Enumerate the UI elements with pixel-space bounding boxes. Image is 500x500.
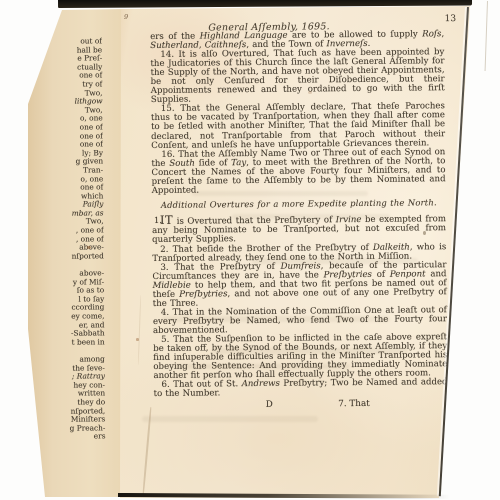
text-run: mbar, as	[72, 209, 104, 217]
text-run: , one of	[76, 235, 104, 243]
text-run: lithgow	[75, 98, 103, 106]
text-run: try of	[82, 80, 102, 88]
text-run: t been in	[72, 338, 105, 346]
page-crease	[138, 295, 142, 365]
catchword: 7. That	[338, 399, 370, 409]
signature-mark: D	[266, 400, 273, 410]
text-run: ; Rattray	[72, 372, 105, 380]
text-run: ey come,	[71, 312, 104, 320]
showthrough-smudge	[212, 348, 408, 354]
showthrough-smudge	[232, 214, 390, 219]
text-run: above-	[79, 244, 104, 252]
text-run: above-	[79, 269, 104, 277]
text-run: , one of	[76, 226, 104, 234]
page-bottom-edge-shadow	[118, 493, 450, 499]
previous-page-fragments: out ofhall bee Preſ-ctuallyone oftry ofT…	[28, 37, 106, 442]
text-run: g Preach-	[70, 424, 106, 432]
text-run: the ſeve-	[72, 364, 105, 372]
foxing-spot	[423, 231, 426, 235]
text-run: ers	[94, 433, 106, 441]
showthrough-smudge	[192, 191, 368, 196]
text-run: which	[81, 192, 103, 200]
text-run: one of	[80, 140, 103, 148]
text-run: y of Miſ-	[73, 278, 104, 286]
foxing-spot	[136, 338, 139, 341]
text-run: Miniſters	[71, 415, 106, 423]
strip-fragment: nſported	[30, 252, 104, 261]
underlying-page-edge	[485, 1, 489, 71]
running-header-title: General Aſſembly, 1695.	[208, 21, 330, 33]
text-run: one of	[80, 183, 103, 191]
text-run: o, one	[80, 115, 103, 123]
paragraph: 16. That the Aſſembly Name Two or Three …	[151, 148, 445, 196]
text-run: out of	[80, 37, 102, 45]
text-run: nſported,	[71, 407, 106, 415]
foxing-spot	[87, 246, 91, 249]
showthrough-smudge	[252, 258, 418, 264]
text-run: o, one	[80, 175, 103, 183]
text-run: Two,	[85, 89, 103, 97]
text-run: Andrews	[242, 379, 280, 389]
text-run: 1.	[146, 216, 162, 225]
text-run: g given	[76, 158, 104, 166]
page-number: 13	[445, 14, 457, 24]
text-run: er, and	[79, 321, 105, 329]
text-run: one of	[80, 132, 103, 140]
overture-item: 6. That out of St. Andrews Preſbytry; Tw…	[154, 378, 448, 399]
text-run: Roſs	[422, 29, 441, 39]
text-run: ccording	[71, 304, 104, 312]
text-run: hall be	[77, 46, 102, 54]
scanned-book-photo: out ofhall bee Preſ-ctuallyone oftry ofT…	[0, 0, 500, 500]
text-run: 5. That the Suſpenſion to be inflicted i…	[153, 332, 447, 381]
strip-fragment: ers	[31, 433, 105, 442]
text-run: ctually	[77, 63, 102, 71]
text-run: ſo as to	[77, 287, 105, 295]
overture-item: 3. That the Preſbytry of Dumfreis, becau…	[152, 261, 446, 309]
signature-row: D 7. That	[154, 398, 448, 412]
previous-page-strip: out ofhall bee Preſ-ctuallyone oftry ofT…	[28, 9, 124, 497]
overture-item: 5. That the Suſpenſion to be inflicted i…	[153, 333, 447, 381]
showthrough-smudge	[142, 416, 318, 422]
book-page: 9 General Aſſembly, 1695. 13 ers of the …	[120, 5, 470, 498]
paragraph: 14. It is alſo Overtured, That ſuch as h…	[150, 48, 445, 105]
text-run: ,	[441, 29, 444, 39]
text-run: e Preſ-	[77, 55, 102, 63]
text-run: 14. It is alſo Overtured, That ſuch as h…	[150, 47, 444, 105]
running-header: General Aſſembly, 1695. 13	[150, 13, 444, 29]
text-run: among	[79, 355, 104, 363]
showthrough-smudge	[162, 316, 390, 322]
text-run: they do	[77, 398, 105, 406]
text-run: 15. That the General Aſſembly declare, T…	[151, 102, 445, 151]
text-run: Two,	[85, 106, 103, 114]
text-run: nſported	[72, 252, 104, 260]
text-run: written	[78, 390, 105, 398]
strip-fragment: t been in	[31, 338, 105, 347]
text-run: Two,	[86, 218, 104, 226]
text-run: hey con-	[73, 381, 105, 389]
text-run: Additional Overtures for a more Expedite…	[161, 198, 437, 211]
text-run: one of	[80, 123, 103, 131]
text-run: -Sabbath	[71, 330, 105, 338]
paragraph: 15. That the General Aſſembly declare, T…	[151, 103, 445, 151]
foxing-spot	[308, 91, 312, 94]
press-mark: 9	[124, 13, 128, 21]
text-run: Paiſly	[83, 201, 104, 209]
text-run: one of	[79, 72, 102, 80]
text-run: l to ſay	[78, 295, 104, 303]
showthrough-smudge	[172, 364, 350, 369]
text-run: ly; By	[82, 149, 103, 157]
text-run: Tran-	[83, 166, 103, 174]
section-heading: Additional Overtures for a more Expedite…	[152, 199, 446, 211]
